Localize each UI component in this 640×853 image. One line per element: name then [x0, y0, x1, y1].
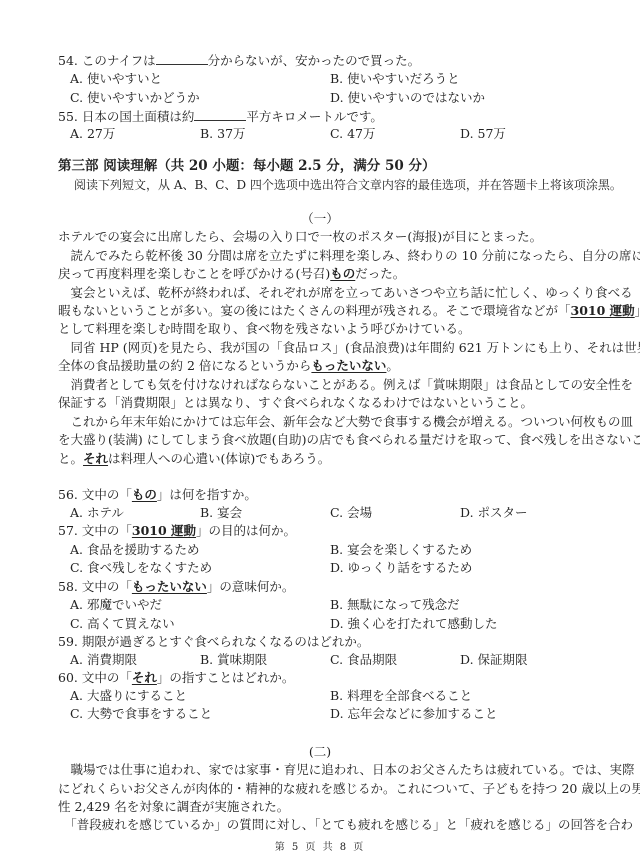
passage-line: 暇もないということが多い。宴の後にはたくさんの料理が残される。そこで環境省などが… — [58, 303, 640, 319]
page-footer: 第 5 页 共 8 页 — [0, 840, 640, 853]
question-text: 分からないが、安かったので買った。 — [208, 53, 421, 68]
question-text: 日本の国土面積は約 — [82, 109, 195, 124]
underlined-term: もの — [330, 266, 355, 281]
option-b: B. 賞味期限 — [200, 652, 267, 668]
passage-line: にどれくらいお父さんが肉体的・精神的な疲れを感じるか。これについて、子どもを持つ… — [58, 781, 640, 797]
option-d: D. 57万 — [460, 126, 506, 142]
passage-line: を大盛り(装满) にしてしまう食べ放題(自助)の店でも食べられる量だけを取って、… — [58, 432, 640, 448]
passage-line: として料理を楽しむ時間を取り、食べ物を残さないよう呼びかけている。 — [58, 321, 471, 337]
option-d: D. 保証期限 — [460, 652, 528, 668]
option-c: C. 食品期限 — [330, 652, 397, 668]
passage-heading: （一） — [0, 211, 640, 227]
option-b: B. 宴会を楽しくするため — [330, 542, 472, 558]
option-c: C. 使いやすいかどうか — [70, 90, 200, 106]
question-54: 54. このナイフは分からないが、安かったので買った。 — [58, 52, 420, 69]
option-d: D. ポスター — [460, 505, 528, 521]
question-58: 58. 文中の「もったいない」の意味何か。 — [58, 579, 294, 595]
option-a: A. 消費期限 — [70, 652, 137, 668]
option-b: B. 無駄になって残念だ — [330, 597, 460, 613]
passage-line: 宴会といえば、乾杯が終われば、それぞれが席を立ってあいさつや立ち話に忙しく、ゆっ… — [58, 285, 633, 301]
passage-line: 読んでみたら乾杯後 30 分間は席を立たずに料理を楽しみ、終わりの 10 分前に… — [58, 248, 640, 264]
question-57: 57. 文中の「3010 運動」の目的は何か。 — [58, 523, 296, 539]
passage-line: 消費者としても気を付けなければならないことがある。例えば「賞味期限」は食品として… — [58, 377, 633, 393]
underlined-term: それ — [83, 451, 108, 466]
passage-line: 保証する「消費期限」とは異なり、すぐ食べられなくなるわけではないということ。 — [58, 395, 533, 411]
passage-line: 戻って再度料理を楽しむことを呼びかける(号召)ものだった。 — [58, 266, 405, 282]
answer-blank — [156, 52, 208, 65]
passage-line: ホテルでの宴会に出席したら、会場の入り口で一枚のポスター(海报)が目にとまった。 — [58, 229, 542, 245]
option-c: C. 食べ残しをなくすため — [70, 560, 212, 576]
section-title: 第三部 阅读理解（共 20 小题：每小题 2.5 分，满分 50 分） — [58, 158, 435, 174]
answer-blank — [194, 108, 246, 121]
option-a: A. 大盛りにすること — [70, 688, 187, 704]
underlined-term: もったいない — [132, 579, 207, 594]
option-a: A. ホテル — [70, 505, 124, 521]
option-c: C. 大勢で食事をすること — [70, 706, 212, 722]
passage-line: 同省 HP (网页)を見たら、我が国の「食品ロス」(食品浪费)は年間約 621 … — [58, 340, 640, 356]
option-b: B. 宴会 — [200, 505, 242, 521]
option-c: C. 会場 — [330, 505, 372, 521]
passage-line: 全体の食品援助量の約 2 倍になるというからもったいない。 — [58, 358, 399, 374]
option-b: B. 37万 — [200, 126, 246, 142]
question-text: このナイフは — [82, 53, 156, 68]
option-a: A. 食品を援助するため — [70, 542, 199, 558]
section-instruction: 阅读下列短文，从 A、B、C、D 四个选项中选出符合文章内容的最佳选项，并在答题… — [74, 177, 622, 193]
passage-line: これから年末年始にかけては忘年会、新年会など大勢で食事する機会が増える。ついつい… — [58, 414, 633, 430]
passage-line: 性 2,429 名を対象に調査が実施された。 — [58, 799, 289, 815]
option-a: A. 27万 — [70, 126, 115, 142]
option-d: D. ゆっくり話をするため — [330, 560, 472, 576]
question-number: 55. — [58, 109, 78, 124]
underlined-term: もったいない — [311, 358, 386, 373]
option-c: C. 高くて買えない — [70, 616, 175, 632]
question-text: 平方キロメートルです。 — [246, 109, 383, 124]
option-c: C. 47万 — [330, 126, 375, 142]
passage-heading: (二) — [0, 744, 640, 760]
question-56: 56. 文中の「もの」は何を指すか。 — [58, 487, 257, 503]
option-d: D. 使いやすいのではないか — [330, 90, 485, 106]
question-59: 59. 期限が過ぎるとすぐ食べられなくなるのはどれか。 — [58, 634, 369, 650]
option-b: B. 料理を全部食べること — [330, 688, 472, 704]
option-b: B. 使いやすいだろうと — [330, 71, 460, 87]
question-number: 54. — [58, 53, 78, 68]
passage-line: 職場では仕事に追われ、家では家事・育児に追われ、日本のお父さんたちは疲れている。… — [58, 762, 635, 778]
passage-line: 「普段疲れを感じているか」の質問に対し、「とても疲れを感じる」と「疲れを感じる」… — [58, 817, 633, 833]
question-55: 55. 日本の国土面積は約平方キロメートルです。 — [58, 108, 383, 125]
underlined-term: それ — [132, 670, 157, 685]
option-a: A. 使いやすいと — [70, 71, 162, 87]
underlined-term: 3010 運動 — [571, 303, 635, 318]
question-60: 60. 文中の「それ」の指すことはどれか。 — [58, 670, 294, 686]
option-d: D. 強く心を打たれて感動した — [330, 616, 498, 632]
underlined-term: 3010 運動 — [132, 523, 196, 538]
option-a: A. 邪魔でいやだ — [70, 597, 162, 613]
underlined-term: もの — [132, 487, 157, 502]
option-d: D. 忘年会などに参加すること — [330, 706, 498, 722]
passage-line: と。それは料理人への心遣い(体谅)でもあろう。 — [58, 451, 330, 467]
